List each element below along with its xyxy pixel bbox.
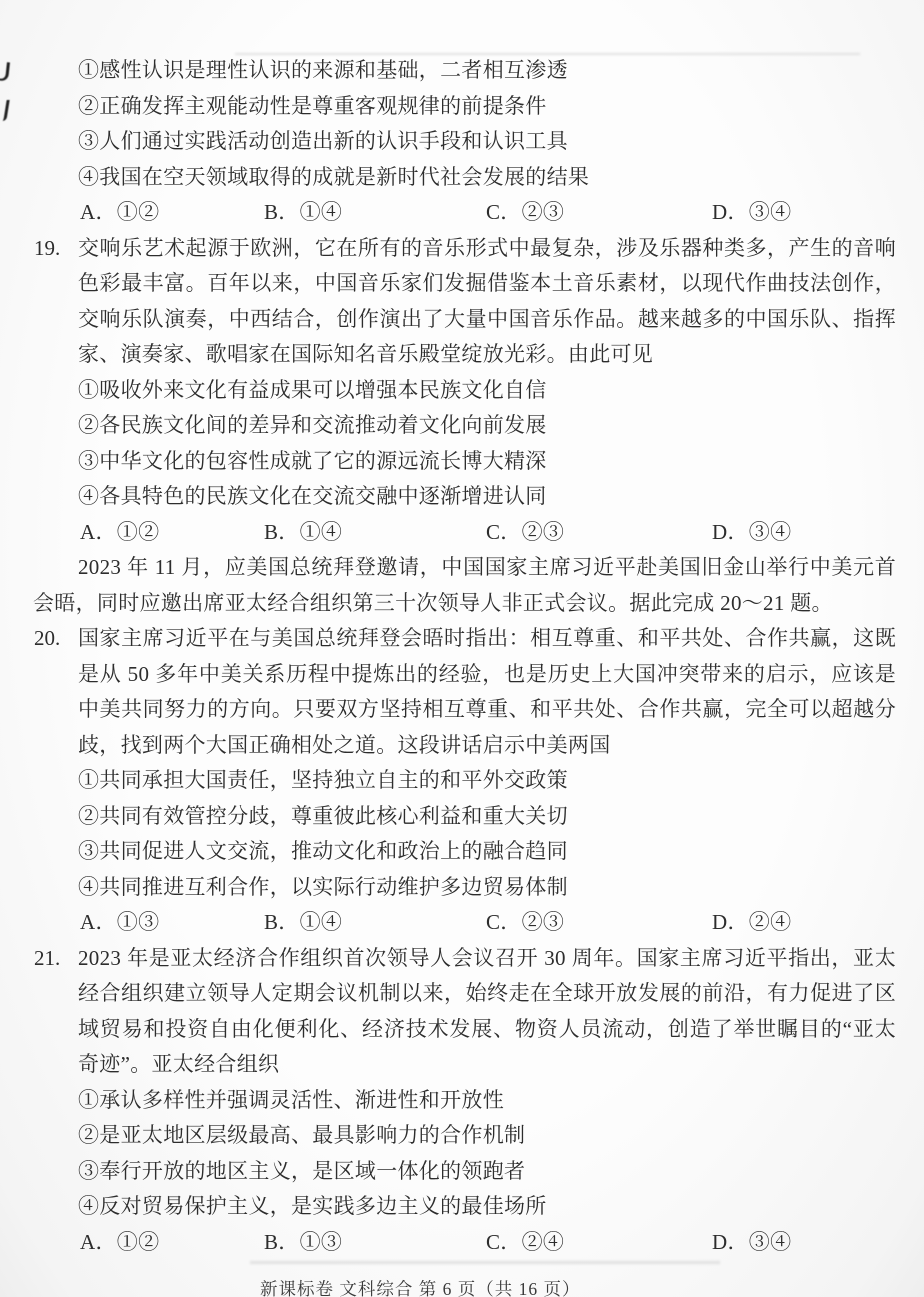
question-18-option-4: ④我国在空天领域取得的成就是新时代社会发展的结果	[78, 160, 896, 196]
question-20-option-1: ①共同承担大国责任，坚持独立自主的和平外交政策	[78, 763, 896, 799]
question-20-option-4: ④共同推进互利合作，以实际行动维护多边贸易体制	[78, 870, 896, 906]
question-21-option-2: ②是亚太地区层级最高、最具影响力的合作机制	[78, 1118, 896, 1154]
question-20: 20.国家主席习近平在与美国总统拜登会晤时指出：相互尊重、和平共处、合作共赢，这…	[78, 621, 896, 941]
question-20-option-2: ②共同有效管控分歧，尊重彼此核心利益和重大关切	[78, 799, 896, 835]
passage-20-21: 2023 年 11 月，应美国总统拜登邀请，中国国家主席习近平赴美国旧金山举行中…	[78, 550, 896, 621]
question-21-stem: 21.2023 年是亚太经济合作组织首次领导人会议召开 30 周年。国家主席习近…	[78, 941, 896, 1083]
question-18-choice-a: A．①②	[80, 195, 159, 231]
question-21-number: 21.	[34, 941, 78, 977]
question-18-option-2: ②正确发挥主观能动性是尊重客观规律的前提条件	[78, 89, 896, 125]
question-20-stem: 20.国家主席习近平在与美国总统拜登会晤时指出：相互尊重、和平共处、合作共赢，这…	[78, 621, 896, 763]
question-21-choice-d: D．③④	[712, 1225, 791, 1261]
question-18-choice-row: A．①② B．①④ C．②③ D．③④	[78, 195, 896, 231]
question-19-choice-row: A．①② B．①④ C．②③ D．③④	[78, 515, 896, 551]
question-19-choice-c: C．②③	[486, 515, 564, 551]
question-20-choice-c: C．②③	[486, 905, 564, 941]
question-21-choice-c: C．②④	[486, 1225, 564, 1261]
exam-page: ①感性认识是理性认识的来源和基础，二者相互渗透 ②正确发挥主观能动性是尊重客观规…	[0, 0, 924, 1297]
question-19-choice-d: D．③④	[712, 515, 791, 551]
passage-20-21-text: 2023 年 11 月，应美国总统拜登邀请，中国国家主席习近平赴美国旧金山举行中…	[33, 550, 896, 621]
question-18-choice-d: D．③④	[712, 195, 791, 231]
question-19-option-2: ②各民族文化间的差异和交流推动着文化向前发展	[78, 408, 896, 444]
question-21-choice-b: B．①③	[264, 1225, 342, 1261]
page-footer: 新课标卷 文科综合 第 6 页（共 16 页）	[260, 1277, 581, 1297]
question-19-choice-b: B．①④	[264, 515, 342, 551]
question-20-stem-text: 国家主席习近平在与美国总统拜登会晤时指出：相互尊重、和平共处、合作共赢，这既是从…	[78, 626, 896, 757]
question-19-number: 19.	[34, 231, 78, 267]
question-19-stem: 19.交响乐艺术起源于欧洲，它在所有的音乐形式中最复杂，涉及乐器种类多，产生的音…	[78, 231, 896, 373]
question-20-option-3: ③共同促进人文交流，推动文化和政治上的融合趋同	[78, 834, 896, 870]
question-21-option-1: ①承认多样性并强调灵活性、渐进性和开放性	[78, 1083, 896, 1119]
question-18-option-3: ③人们通过实践活动创造出新的认识手段和认识工具	[78, 124, 896, 160]
question-19-choice-a: A．①②	[80, 515, 159, 551]
page-content: ①感性认识是理性认识的来源和基础，二者相互渗透 ②正确发挥主观能动性是尊重客观规…	[0, 0, 924, 1297]
question-21-stem-text: 2023 年是亚太经济合作组织首次领导人会议召开 30 周年。国家主席习近平指出…	[78, 946, 896, 1077]
question-20-number: 20.	[34, 621, 78, 657]
question-19-option-3: ③中华文化的包容性成就了它的源远流长博大精深	[78, 444, 896, 480]
question-20-choice-b: B．①④	[264, 905, 342, 941]
question-21-choice-a: A．①②	[80, 1225, 159, 1261]
question-21-option-3: ③奉行开放的地区主义，是区域一体化的领跑者	[78, 1154, 896, 1190]
question-19-option-4: ④各具特色的民族文化在交流交融中逐渐增进认同	[78, 479, 896, 515]
question-19-option-1: ①吸收外来文化有益成果可以增强本民族文化自信	[78, 373, 896, 409]
question-20-choice-d: D．②④	[712, 905, 791, 941]
question-18-choice-c: C．②③	[486, 195, 564, 231]
question-21-option-4: ④反对贸易保护主义，是实践多边主义的最佳场所	[78, 1189, 896, 1225]
question-20-choice-row: A．①③ B．①④ C．②③ D．②④	[78, 905, 896, 941]
question-18-options-block: ①感性认识是理性认识的来源和基础，二者相互渗透 ②正确发挥主观能动性是尊重客观规…	[78, 53, 896, 231]
question-20-choice-a: A．①③	[80, 905, 159, 941]
question-18-option-1: ①感性认识是理性认识的来源和基础，二者相互渗透	[78, 53, 896, 89]
question-19-stem-text: 交响乐艺术起源于欧洲，它在所有的音乐形式中最复杂，涉及乐器种类多，产生的音响色彩…	[78, 236, 896, 367]
question-21-choice-row: A．①② B．①③ C．②④ D．③④	[78, 1225, 896, 1261]
question-21: 21.2023 年是亚太经济合作组织首次领导人会议召开 30 周年。国家主席习近…	[78, 941, 896, 1261]
question-19: 19.交响乐艺术起源于欧洲，它在所有的音乐形式中最复杂，涉及乐器种类多，产生的音…	[78, 231, 896, 551]
question-18-choice-b: B．①④	[264, 195, 342, 231]
